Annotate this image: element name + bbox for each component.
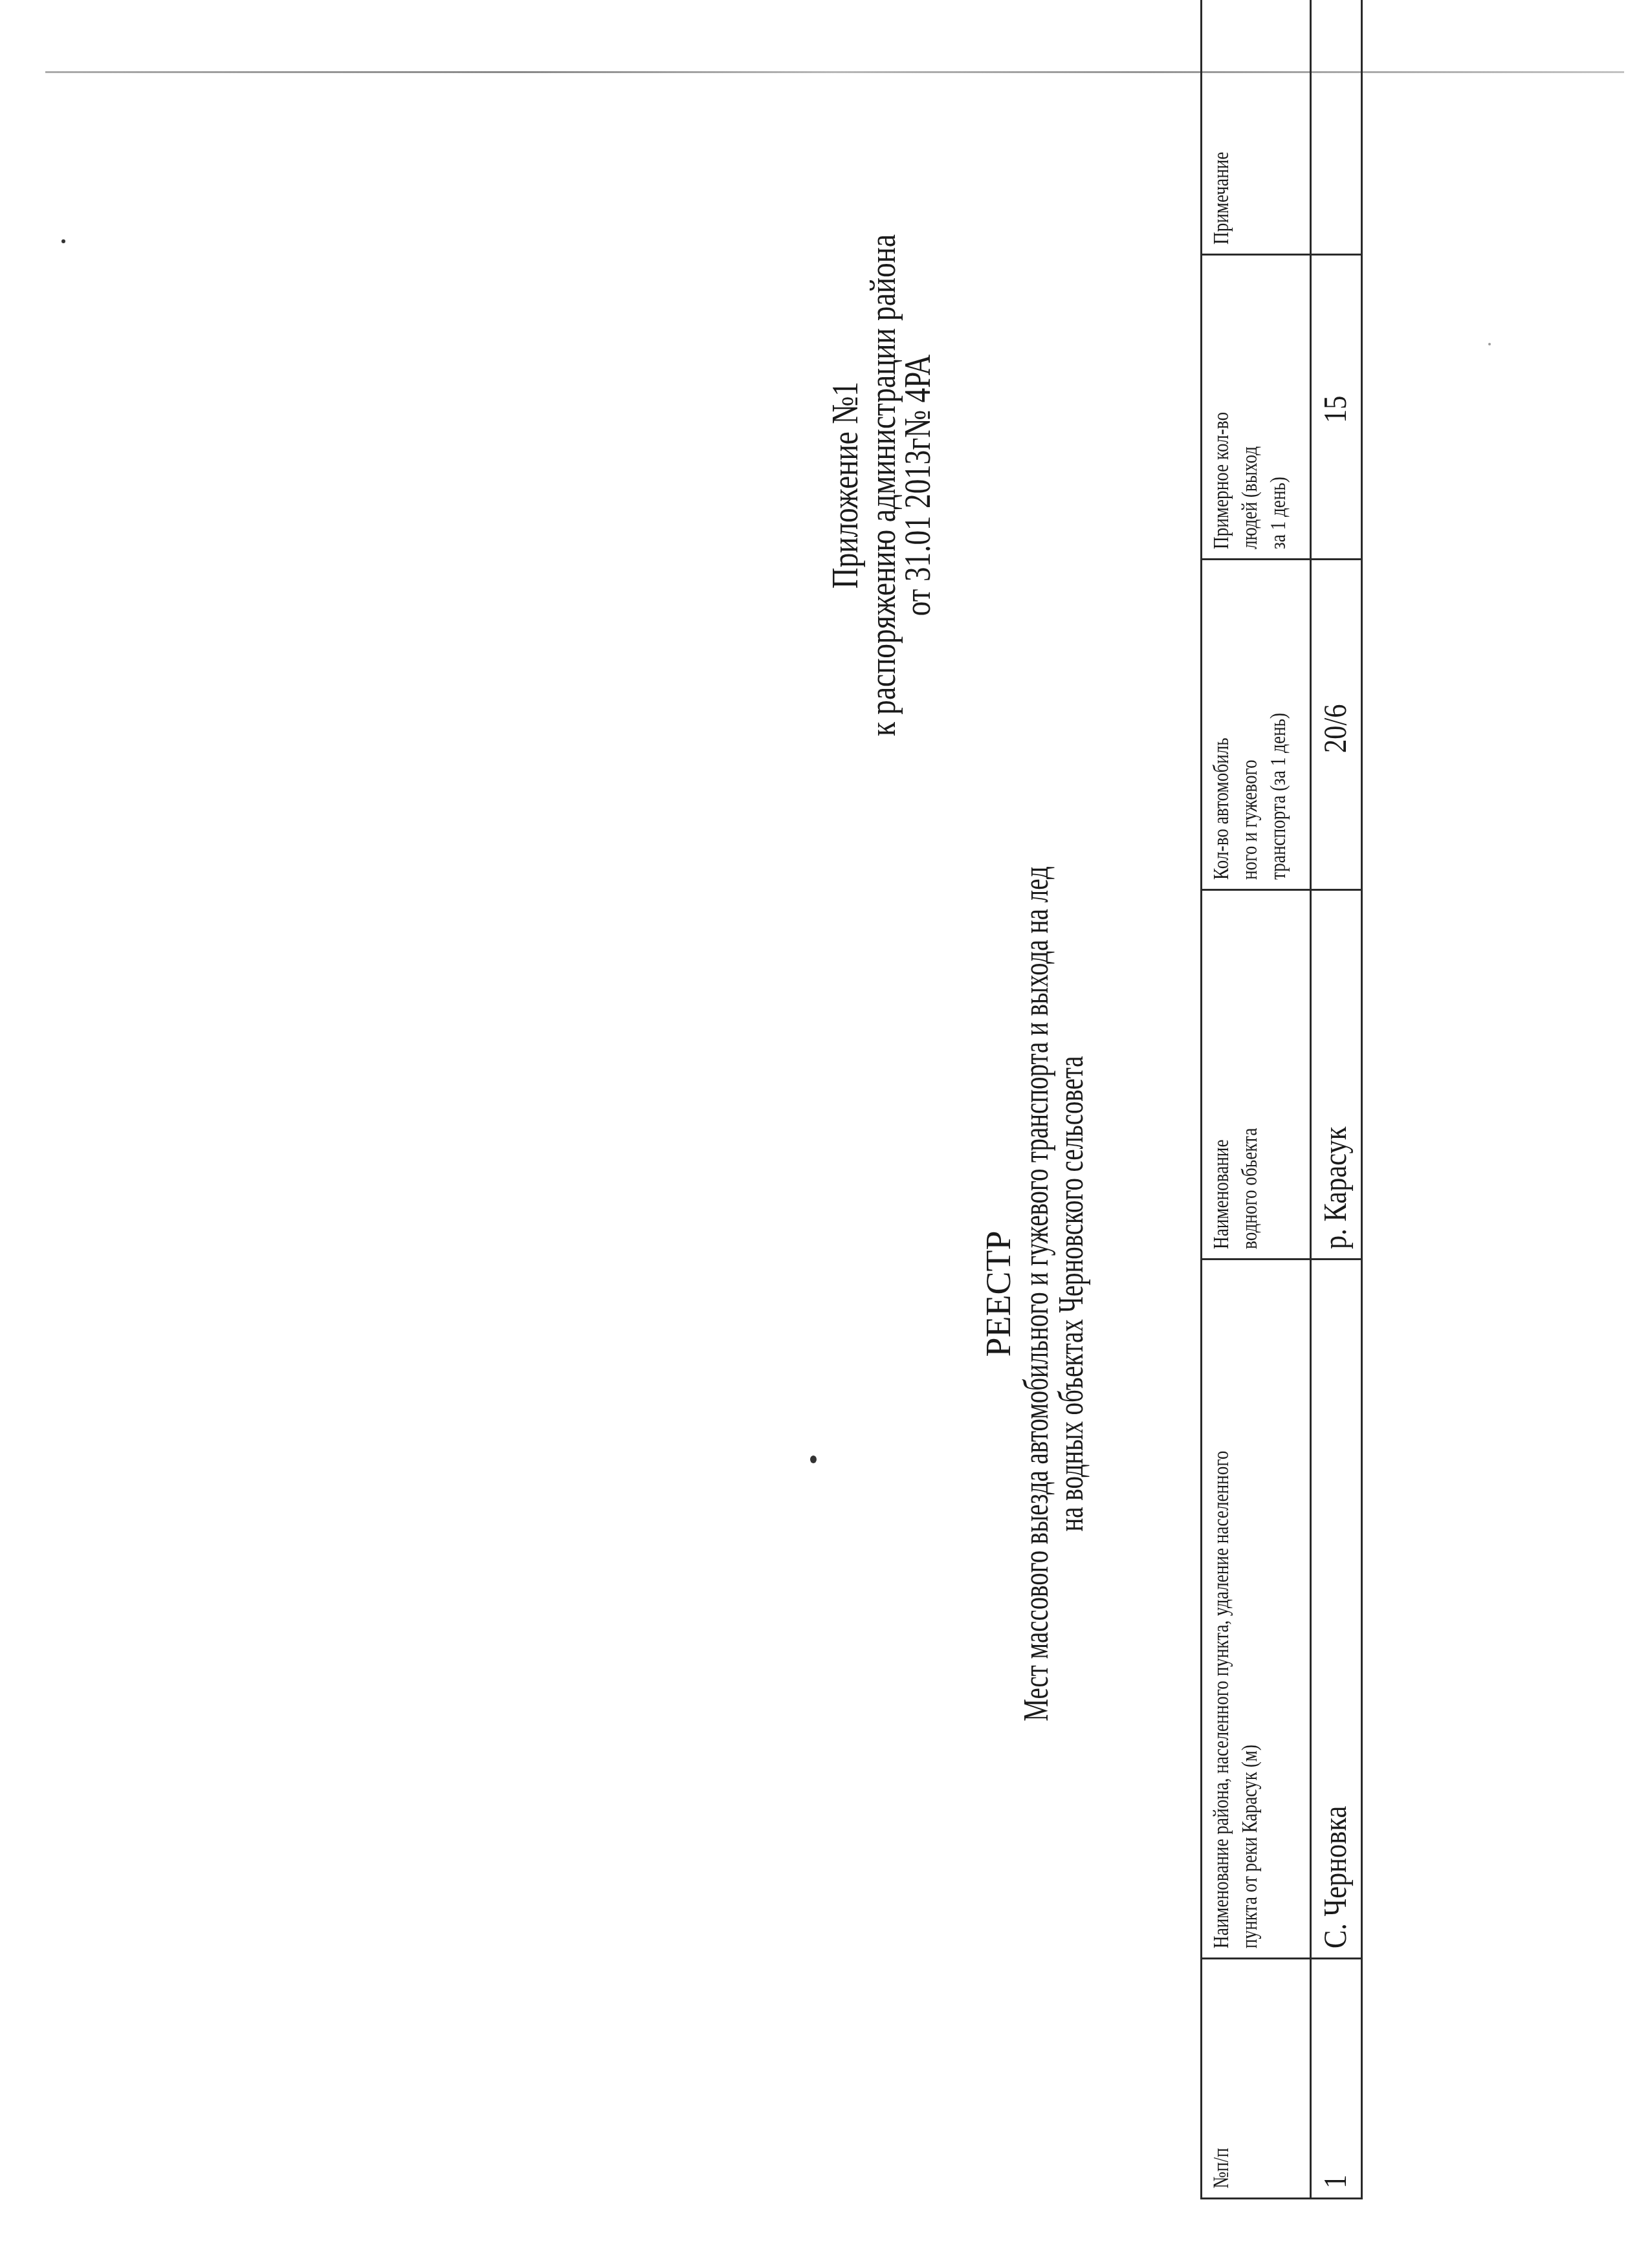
registry-table: №п/п Наименование района, населенного пу…: [1200, 0, 1363, 2199]
col-header-people-count: Примерное кол-во людей (выход за 1 день): [1202, 255, 1311, 560]
table-row: 1 С. Черновка р. Карасук 20/6 15: [1311, 0, 1362, 2199]
col-header-transport-count: Кол-во автомобиль ного и гужевого трансп…: [1202, 560, 1311, 890]
cell-water-body: р. Карасук: [1311, 890, 1362, 1259]
scan-speck: [61, 239, 65, 243]
cell-note: [1311, 0, 1362, 255]
scan-edge-line: [45, 71, 1624, 73]
scan-speck: [1488, 343, 1491, 345]
cell-transport-count: 20/6: [1311, 560, 1362, 890]
appendix-date: от 31.01 2013г№ 4РА: [897, 208, 938, 763]
col-header-number: №п/п: [1202, 1959, 1311, 2199]
cell-people-count: 15: [1311, 255, 1362, 560]
rotated-page-content: Приложение №1 к распоряжению администрац…: [825, 97, 1407, 2199]
cell-settlement: С. Черновка: [1311, 1259, 1362, 1959]
col-header-note: Примечание: [1202, 0, 1311, 255]
col-header-water-body: Наименование водного обьекта: [1202, 890, 1311, 1259]
appendix-number: Приложение №1: [825, 208, 865, 763]
document-subtitle-2: на водных объектах Черновского сельсовет…: [1053, 781, 1089, 1806]
document-title: РЕЕСТР: [980, 582, 1017, 2005]
cell-number: 1: [1311, 1959, 1362, 2199]
col-header-settlement: Наименование района, населенного пункта,…: [1202, 1259, 1311, 1959]
scan-speck: [810, 1456, 817, 1463]
document-subtitle-1: Мест массового выезда автомобильного и г…: [1018, 781, 1054, 1806]
table-header-row: №п/п Наименование района, населенного пу…: [1202, 0, 1311, 2199]
